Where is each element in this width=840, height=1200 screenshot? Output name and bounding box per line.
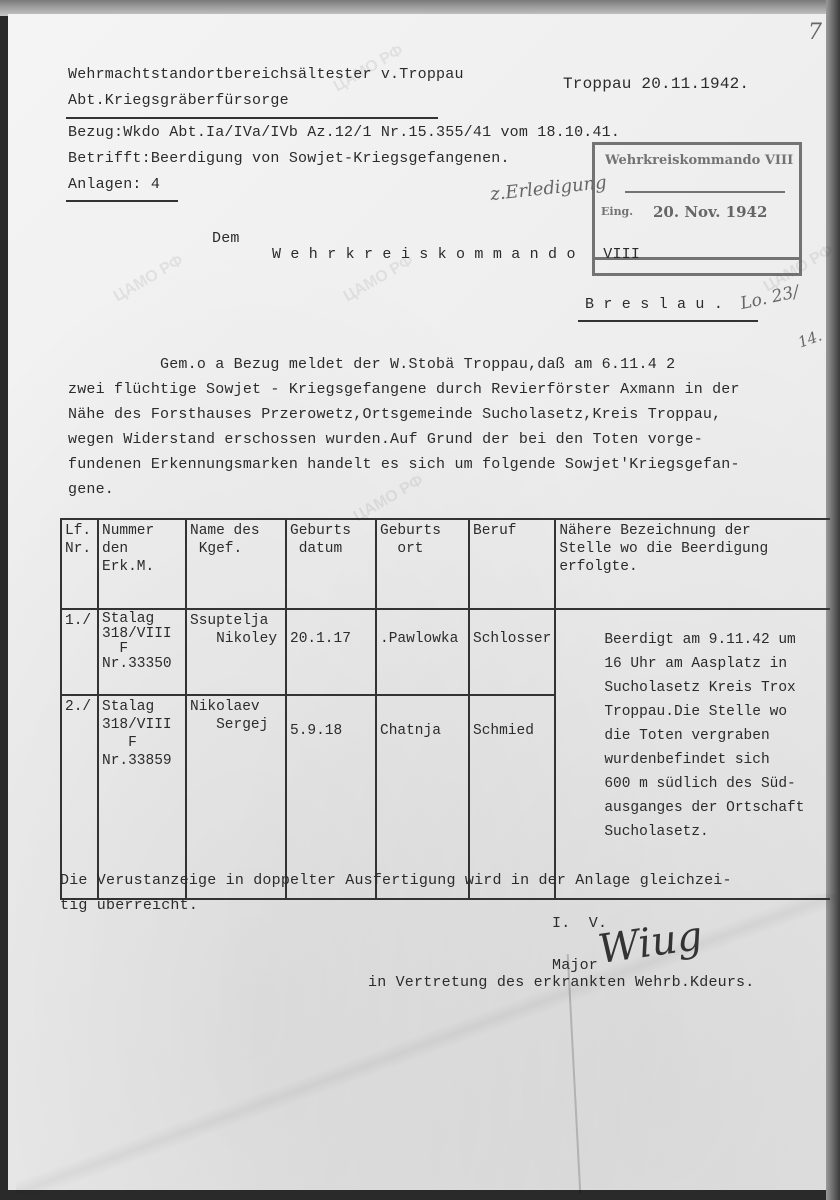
cell-nr: 1./ [61,609,98,695]
header-lf-nr: Lf. Nr. [61,519,98,609]
cell-name: Nikolaev Sergej [186,695,286,899]
cell-occupation: Schmied [469,695,555,899]
cell-occupation: Schlosser [469,609,555,695]
cell-nr: 2./ [61,695,98,899]
sender-line-1: Wehrmachtstandortbereichsältester v.Trop… [68,66,464,83]
closing-line-2: tig überreicht. [60,897,198,914]
prisoners-table: Lf. Nr. Nummer den Erk.M. Name des Kgef.… [60,518,830,900]
signer-role: in Vertretung des erkrankten Wehrb.Kdeur… [368,974,754,991]
cell-name: Ssuptelja Nikoley [186,609,286,695]
cell-birth-place: .Pawlowka [376,609,469,695]
cell-burial-note: Beerdigt am 9.11.42 um 16 Uhr am Aasplat… [555,609,830,899]
subject-line: Betrifft:Beerdigung von Sowjet-Kriegsgef… [68,150,510,167]
cell-birth-date: 5.9.18 [286,695,376,899]
header-burial-place: Nähere Bezeichnung der Stelle wo die Bee… [555,519,830,609]
cell-birth-date: 20.1.17 [286,609,376,695]
sender-line-2: Abt.Kriegsgräberfürsorge [68,92,289,109]
stamp-date: 20. Nov. 1942 [653,203,767,221]
paper-fold [16,894,836,1194]
body-line: Nähe des Forsthauses Przerowetz,Ortsgeme… [68,406,721,423]
cell-erk: Stalag 318/VIII F Nr.33859 [98,695,186,899]
header-occupation: Beruf [469,519,555,609]
place-date: Troppau 20.11.1942. [563,75,749,93]
table-row: 1./ Stalag 318/VIII F Nr.33350 Ssuptelja… [61,609,830,695]
recipient-rule [578,320,758,322]
header-rule [66,117,438,119]
body-line: gene. [68,481,114,498]
stamp-eing-label: Eing. [601,205,633,218]
stamp-divider [625,191,785,193]
header-name: Name des Kgef. [186,519,286,609]
body-line: Gem.o a Bezug meldet der W.Stobä Troppau… [68,356,675,373]
header-erk-nummer: Nummer den Erk.M. [98,519,186,609]
cell-birth-place: Chatnja [376,695,469,899]
closing-line-1: Die Verustanzeige in doppelter Ausfertig… [60,872,732,889]
body-line: fundenen Erkennungsmarken handelt es sic… [68,456,740,473]
handwritten-corner-mark: 7 [808,20,822,45]
stamp-title: Wehrkreiskommando VIII [605,153,793,168]
body-line: zwei flüchtige Sowjet - Kriegsgefangene … [68,381,740,398]
reference-line: Bezug:Wkdo Abt.Ia/IVa/IVb Az.12/1 Nr.15.… [68,124,620,141]
table-header-row: Lf. Nr. Nummer den Erk.M. Name des Kgef.… [61,519,830,609]
header-birth-place: Geburts ort [376,519,469,609]
header-birth-date: Geburts datum [286,519,376,609]
signer-rank: Major [552,957,598,974]
body-line: wegen Widerstand erschossen wurden.Auf G… [68,431,703,448]
attachments-rule [66,200,178,202]
recipient-city: B r e s l a u . [585,296,723,313]
recipient-name: W e h r k r e i s k o m m a n d o VIII [272,246,640,263]
recipient-dem: Dem [212,230,240,247]
attachments-line: Anlagen: 4 [68,176,160,193]
cell-erk: Stalag 318/VIII F Nr.33350 [98,609,186,695]
